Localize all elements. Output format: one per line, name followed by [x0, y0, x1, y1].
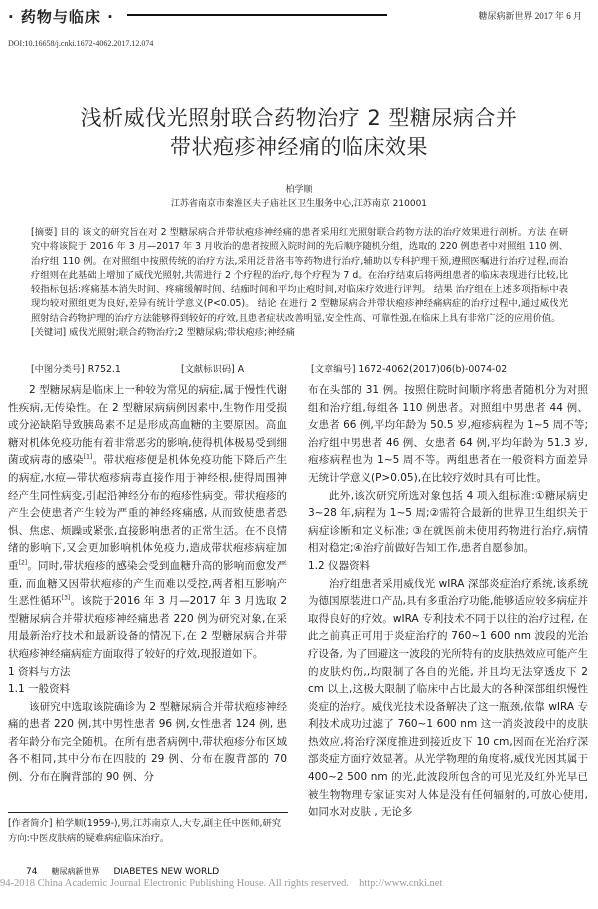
title-line-2: 带状疱疹神经痛的临床效果: [0, 133, 598, 162]
heading-equipment: 1.2 仪器资料: [308, 558, 588, 576]
author-footnote: [作者简介] 柏学顺(1959-),男,江苏南京人,大专,副主任中医师,研究方向…: [8, 816, 290, 846]
heading-general-data: 1.1 一般资料: [8, 681, 287, 699]
footnote-rule: [8, 812, 288, 813]
page-footer: 74 糖尿病新世界 DIABETES NEW WORLD: [26, 866, 219, 877]
section-tag: · 药物与临床 ·: [8, 6, 114, 27]
author: 柏学顺: [0, 182, 598, 195]
header-rule: [127, 14, 387, 16]
document-code: [文献标识码] A: [181, 361, 311, 375]
keywords: [关键词] 威伐光照射;联合药物治疗;2 型糖尿病;带状疱疹;神经痛: [31, 326, 568, 340]
general-data-continued: 布在头部的 31 例。按照住院时间顺序将患者随机分为对照组和治疗组,每组各 11…: [308, 382, 588, 488]
clc-number: [中图分类号] R752.1: [31, 361, 181, 375]
affiliation: 江苏省南京市秦淮区夫子庙社区卫生服务中心,江苏南京 210001: [0, 196, 598, 209]
abstract-text: [摘要] 目的 该文的研究旨在对 2 型糖尿病合并带状疱疹神经痛的患者采用红光照…: [31, 226, 568, 326]
citation[interactable]: [2]: [19, 559, 28, 566]
inclusion-criteria-paragraph: 此外,该次研究所选对象包括 4 项入组标准:①糖尿病史 3~28 年,病程为 1…: [308, 488, 588, 558]
heading-materials-methods: 1 资料与方法: [8, 664, 287, 682]
citation[interactable]: [1]: [84, 454, 93, 461]
classification-row: [中图分类号] R752.1 [文献标识码] A [文章编号] 1672-406…: [31, 361, 571, 375]
cnki-link[interactable]: http://www.cnki.net: [359, 878, 442, 889]
general-data-paragraph: 该研究中选取该院确诊为 2 型糖尿病合并带状疱疹神经痛的患者 220 例,其中男…: [8, 699, 287, 787]
page-number: 74: [26, 867, 37, 877]
copyright-watermark: 94-2018 China Academic Journal Electroni…: [0, 878, 598, 889]
journal-name-en: DIABETES NEW WORLD: [113, 867, 219, 877]
abstract: [摘要] 目的 该文的研究旨在对 2 型糖尿病合并带状疱疹神经痛的患者采用红光照…: [31, 226, 568, 340]
journal-header: 糖尿病新世界 2017 年 6 月: [478, 9, 582, 22]
title-line-1: 浅析威伐光照射联合药物治疗 2 型糖尿病合并: [0, 104, 598, 133]
body-column-left: 2 型糖尿病是临床上一种较为常见的病症,属于慢性代谢性疾病,无传染性。在 2 型…: [8, 382, 287, 787]
journal-name-cn: 糖尿病新世界: [51, 866, 99, 877]
article-number: [文章编号] 1672-4062(2017)06(b)-0074-02: [311, 361, 507, 375]
body-column-right: 布在头部的 31 例。按照住院时间顺序将患者随机分为对照组和治疗组,每组各 11…: [308, 382, 588, 822]
equipment-paragraph: 治疗组患者采用威伐光 wIRA 深部炎症治疗系统,该系统为德国原装进口产品,具有…: [308, 576, 588, 822]
doi: DOI:10.16658/j.cnki.1672-4062.2017.12.07…: [8, 39, 153, 48]
article-title: 浅析威伐光照射联合药物治疗 2 型糖尿病合并 带状疱疹神经痛的临床效果: [0, 104, 598, 162]
intro-paragraph: 2 型糖尿病是临床上一种较为常见的病症,属于慢性代谢性疾病,无传染性。在 2 型…: [8, 382, 287, 664]
citation[interactable]: [3]: [62, 595, 71, 602]
